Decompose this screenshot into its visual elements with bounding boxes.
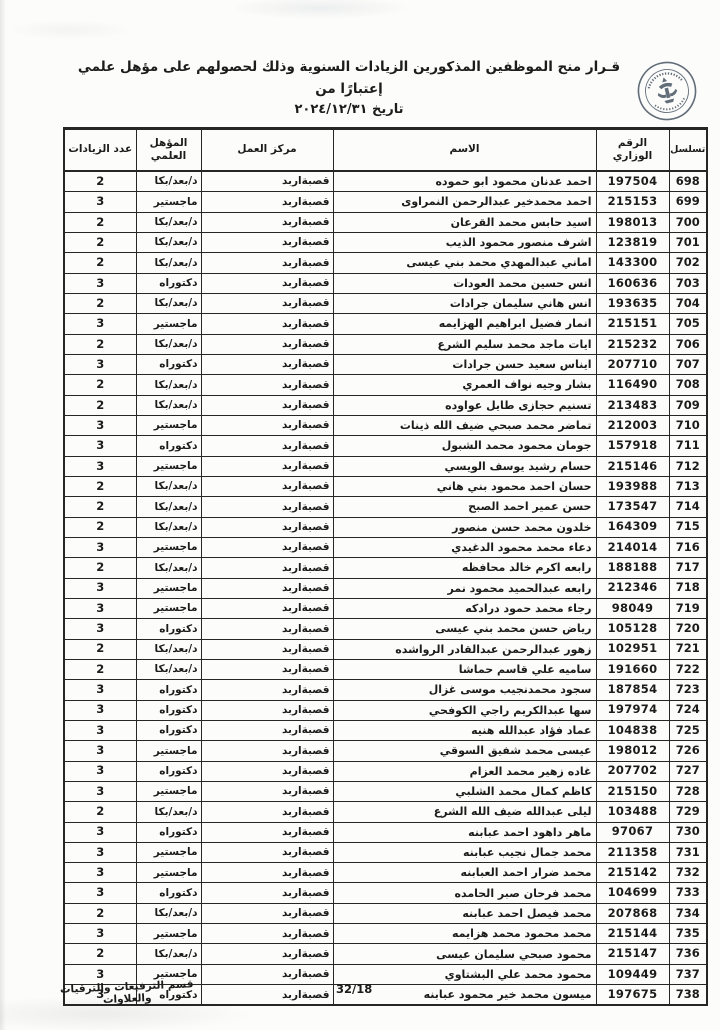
col-header-increase-count: عدد الزيادات: [64, 129, 136, 172]
ministry-number-cell: 215144: [596, 924, 669, 944]
work-center-cell: قصبةاربد: [201, 822, 333, 842]
qualification-cell: دكتوراه: [136, 700, 201, 720]
serial-cell: 717: [669, 558, 707, 578]
work-center-cell: قصبةاربد: [201, 314, 333, 334]
serial-cell: 699: [669, 192, 707, 212]
serial-cell: 706: [669, 334, 707, 354]
increase-count-cell: 2: [64, 558, 136, 578]
ministry-number-cell: 97067: [596, 822, 669, 842]
increase-count-cell: 3: [64, 741, 136, 761]
ministry-number-cell: 187854: [596, 680, 669, 700]
increase-count-cell: 3: [64, 680, 136, 700]
qualification-cell: ماجستير: [136, 842, 201, 862]
work-center-cell: قصبةاربد: [201, 253, 333, 273]
increase-count-cell: 3: [64, 619, 136, 639]
name-cell: انس هاني سليمان جرادات: [333, 293, 596, 313]
table-row: 704193635انس هاني سليمان جراداتقصبةاربدد…: [64, 293, 707, 313]
name-cell: ماهر داهود احمد عبابنه: [333, 822, 596, 842]
serial-cell: 701: [669, 232, 707, 252]
increase-count-cell: 3: [64, 924, 136, 944]
serial-cell: 714: [669, 497, 707, 517]
serial-cell: 731: [669, 842, 707, 862]
work-center-cell: قصبةاربد: [201, 842, 333, 862]
name-cell: عيسى محمد شفيق السوقي: [333, 741, 596, 761]
name-cell: رابعه اكرم خالد محافظه: [333, 558, 596, 578]
increase-count-cell: 3: [64, 456, 136, 476]
serial-cell: 708: [669, 375, 707, 395]
increase-count-cell: 3: [64, 273, 136, 293]
name-cell: حسان احمد محمود بني هاني: [333, 476, 596, 496]
ministry-number-cell: 215147: [596, 944, 669, 964]
serial-cell: 730: [669, 822, 707, 842]
col-header-serial: تسلسل: [669, 129, 707, 172]
name-cell: احمد عدنان محمود ابو حموده: [333, 171, 596, 192]
table-row: 699215153احمد محمدخير عبدالرحمن النمراوى…: [64, 192, 707, 212]
table-row: 703160636انس حسين محمد العوداتقصبةاربددك…: [64, 273, 707, 293]
table-row: 700198013اسيد حابس محمد القرعانقصبةاربدد…: [64, 212, 707, 232]
table-row: 725104838عماد فؤاد عبدالله هنيهقصبةاربدد…: [64, 720, 707, 740]
ministry-number-cell: 103488: [596, 802, 669, 822]
serial-cell: 728: [669, 781, 707, 801]
ministry-number-cell: 191660: [596, 659, 669, 679]
qualification-cell: دكتوراه: [136, 354, 201, 374]
increase-count-cell: 2: [64, 517, 136, 537]
serial-cell: 713: [669, 476, 707, 496]
qualification-cell: د/بعد/بكا: [136, 334, 201, 354]
table-row: 726198012عيسى محمد شفيق السوقيقصبةاربدما…: [64, 741, 707, 761]
work-center-cell: قصبةاربد: [201, 171, 333, 192]
table-row: 71998049رجاء محمد حمود درادكهقصبةاربدماج…: [64, 598, 707, 618]
table-row: 732215142محمد ضرار احمد العبابنهقصبةاربد…: [64, 863, 707, 883]
name-cell: احمد محمدخير عبدالرحمن النمراوى: [333, 192, 596, 212]
serial-cell: 733: [669, 883, 707, 903]
ministry-number-cell: 164309: [596, 517, 669, 537]
name-cell: بشار وجيه نواف العمري: [333, 375, 596, 395]
ministry-number-cell: 197504: [596, 171, 669, 192]
qualification-cell: دكتوراه: [136, 883, 201, 903]
serial-cell: 700: [669, 212, 707, 232]
increase-count-cell: 2: [64, 232, 136, 252]
increase-count-cell: 2: [64, 639, 136, 659]
qualification-cell: د/بعد/بكا: [136, 212, 201, 232]
table-row: 711157918جومان محمود محمد الشبولقصبةاربد…: [64, 436, 707, 456]
qualification-cell: ماجستير: [136, 781, 201, 801]
increase-count-cell: 3: [64, 354, 136, 374]
ministry-number-cell: 193635: [596, 293, 669, 313]
ministry-number-cell: 105128: [596, 619, 669, 639]
work-center-cell: قصبةاربد: [201, 924, 333, 944]
employees-table-container: تسلسل الرقم الوزاري الاسم مركز العمل الم…: [63, 127, 708, 1006]
qualification-cell: ماجستير: [136, 578, 201, 598]
col-header-name: الاسم: [333, 129, 596, 172]
table-row: 708116490بشار وجيه نواف العمريقصبةاربدد/…: [64, 375, 707, 395]
qualification-cell: ماجستير: [136, 863, 201, 883]
decision-title-line1: قـرار منح الموظفين المذكورين الزيادات ال…: [66, 57, 632, 100]
ministry-number-cell: 214014: [596, 537, 669, 557]
work-center-cell: قصبةاربد: [201, 883, 333, 903]
table-row: 724197974سها عبدالكريم راجي الكوفحيقصبةا…: [64, 700, 707, 720]
name-cell: سجود محمدنجيب موسى غزال: [333, 680, 596, 700]
qualification-cell: د/بعد/بكا: [136, 517, 201, 537]
qualification-cell: د/بعد/بكا: [136, 802, 201, 822]
qualification-cell: د/بعد/بكا: [136, 476, 201, 496]
name-cell: اماني عبدالمهدي محمد بني عيسى: [333, 253, 596, 273]
increase-count-cell: 3: [64, 761, 136, 781]
work-center-cell: قصبةاربد: [201, 964, 333, 984]
table-row: 709213483تسنيم حجازى طايل عواودهقصبةاربد…: [64, 395, 707, 415]
table-row: 706215232ايات ماجد محمد سليم الشرعقصبةار…: [64, 334, 707, 354]
increase-count-cell: 3: [64, 598, 136, 618]
increase-count-cell: 2: [64, 659, 136, 679]
name-cell: رابعه عبدالحميد محمود نمر: [333, 578, 596, 598]
table-row: 731211358محمد جمال نجيب عبابنهقصبةاربدما…: [64, 842, 707, 862]
work-center-cell: قصبةاربد: [201, 415, 333, 435]
serial-cell: 726: [669, 741, 707, 761]
name-cell: زهور عبدالرحمن عبدالقادر الرواشده: [333, 639, 596, 659]
table-row: 735215144محمد محمود محمد هزايمهقصبةاربدم…: [64, 924, 707, 944]
work-center-cell: قصبةاربد: [201, 598, 333, 618]
increase-count-cell: 3: [64, 192, 136, 212]
ministry-number-cell: 211358: [596, 842, 669, 862]
name-cell: انس حسين محمد العودات: [333, 273, 596, 293]
work-center-cell: قصبةاربد: [201, 700, 333, 720]
ministry-number-cell: 109449: [596, 964, 669, 984]
qualification-cell: دكتوراه: [136, 619, 201, 639]
increase-count-cell: 3: [64, 822, 136, 842]
increase-count-cell: 2: [64, 476, 136, 496]
serial-cell: 718: [669, 578, 707, 598]
ministry-number-cell: 215142: [596, 863, 669, 883]
ministry-number-cell: 215151: [596, 314, 669, 334]
work-center-cell: قصبةاربد: [201, 944, 333, 964]
increase-count-cell: 3: [64, 781, 136, 801]
qualification-cell: ماجستير: [136, 314, 201, 334]
qualification-cell: ماجستير: [136, 415, 201, 435]
qualification-cell: د/بعد/بكا: [136, 497, 201, 517]
ministry-number-cell: 198012: [596, 741, 669, 761]
serial-cell: 705: [669, 314, 707, 334]
ministry-number-cell: 193988: [596, 476, 669, 496]
ministry-number-cell: 207702: [596, 761, 669, 781]
page-number: 32/18: [336, 982, 372, 996]
increase-count-cell: 2: [64, 212, 136, 232]
serial-cell: 704: [669, 293, 707, 313]
increase-count-cell: 3: [64, 537, 136, 557]
serial-cell: 709: [669, 395, 707, 415]
qualification-cell: د/بعد/بكا: [136, 293, 201, 313]
increase-count-cell: 3: [64, 863, 136, 883]
serial-cell: 720: [669, 619, 707, 639]
increase-count-cell: 2: [64, 944, 136, 964]
work-center-cell: قصبةاربد: [201, 781, 333, 801]
ministry-number-cell: 197974: [596, 700, 669, 720]
serial-cell: 735: [669, 924, 707, 944]
work-center-cell: قصبةاربد: [201, 985, 333, 1006]
work-center-cell: قصبةاربد: [201, 192, 333, 212]
work-center-cell: قصبةاربد: [201, 680, 333, 700]
table-row: 722191660ساميه علي قاسم حماشاقصبةاربدد/ب…: [64, 659, 707, 679]
work-center-cell: قصبةاربد: [201, 375, 333, 395]
serial-cell: 703: [669, 273, 707, 293]
qualification-cell: د/بعد/بكا: [136, 232, 201, 252]
table-row: 721102951زهور عبدالرحمن عبدالقادر الرواش…: [64, 639, 707, 659]
work-center-cell: قصبةاربد: [201, 761, 333, 781]
qualification-cell: ماجستير: [136, 598, 201, 618]
qualification-cell: دكتوراه: [136, 822, 201, 842]
name-cell: محمد محمود محمد هزايمه: [333, 924, 596, 944]
work-center-cell: قصبةاربد: [201, 578, 333, 598]
increase-count-cell: 3: [64, 720, 136, 740]
work-center-cell: قصبةاربد: [201, 436, 333, 456]
work-center-cell: قصبةاربد: [201, 354, 333, 374]
ministry-number-cell: 123819: [596, 232, 669, 252]
serial-cell: 727: [669, 761, 707, 781]
qualification-cell: د/بعد/بكا: [136, 171, 201, 192]
name-cell: غاده زهير محمد العزام: [333, 761, 596, 781]
serial-cell: 712: [669, 456, 707, 476]
serial-cell: 721: [669, 639, 707, 659]
name-cell: جومان محمود محمد الشبول: [333, 436, 596, 456]
name-cell: ميسون محمد خير محمود عبابنه: [333, 985, 596, 1006]
name-cell: ايات ماجد محمد سليم الشرع: [333, 334, 596, 354]
work-center-cell: قصبةاربد: [201, 232, 333, 252]
qualification-cell: د/بعد/بكا: [136, 253, 201, 273]
work-center-cell: قصبةاربد: [201, 497, 333, 517]
ministry-number-cell: 102951: [596, 639, 669, 659]
work-center-cell: قصبةاربد: [201, 537, 333, 557]
serial-cell: 736: [669, 944, 707, 964]
serial-cell: 716: [669, 537, 707, 557]
increase-count-cell: 3: [64, 436, 136, 456]
name-cell: اشرف منصور محمود الذيب: [333, 232, 596, 252]
name-cell: محمد ضرار احمد العبابنه: [333, 863, 596, 883]
increase-count-cell: 2: [64, 253, 136, 273]
table-row: 717188188رابعه اكرم خالد محافظهقصبةاربدد…: [64, 558, 707, 578]
work-center-cell: قصبةاربد: [201, 659, 333, 679]
employees-table: تسلسل الرقم الوزاري الاسم مركز العمل الم…: [63, 127, 708, 1006]
name-cell: حسام رشيد يوسف الويسي: [333, 456, 596, 476]
name-cell: تماضر محمد صبحي ضيف الله ذينات: [333, 415, 596, 435]
table-row: 712215146حسام رشيد يوسف الويسيقصبةاربدما…: [64, 456, 707, 476]
table-row: 73097067ماهر داهود احمد عبابنهقصبةاربددك…: [64, 822, 707, 842]
work-center-cell: قصبةاربد: [201, 334, 333, 354]
ministry-seal-icon: [629, 53, 704, 128]
qualification-cell: د/بعد/بكا: [136, 558, 201, 578]
table-row: 715164309خلدون محمد حسن منصورقصبةاربدد/ب…: [64, 517, 707, 537]
serial-cell: 738: [669, 985, 707, 1006]
serial-cell: 724: [669, 700, 707, 720]
qualification-cell: د/بعد/بكا: [136, 639, 201, 659]
ministry-number-cell: 215146: [596, 456, 669, 476]
col-header-work-center: مركز العمل: [201, 129, 333, 172]
serial-cell: 715: [669, 517, 707, 537]
name-cell: محمد فيصل احمد عبابنه: [333, 903, 596, 923]
table-row: 705215151انمار فضيل ابراهيم الهزايمهقصبة…: [64, 314, 707, 334]
serial-cell: 707: [669, 354, 707, 374]
name-cell: ساميه علي قاسم حماشا: [333, 659, 596, 679]
increase-count-cell: 2: [64, 497, 136, 517]
qualification-cell: ماجستير: [136, 192, 201, 212]
qualification-cell: د/بعد/بكا: [136, 375, 201, 395]
qualification-cell: ماجستير: [136, 537, 201, 557]
work-center-cell: قصبةاربد: [201, 517, 333, 537]
decision-title-date: تاريخ ٢٠٢٤/١٢/٣١: [66, 100, 632, 121]
increase-count-cell: 2: [64, 375, 136, 395]
table-row: 728215150كاظم كمال محمد الشلبيقصبةاربدما…: [64, 781, 707, 801]
ministry-number-cell: 215150: [596, 781, 669, 801]
work-center-cell: قصبةاربد: [201, 476, 333, 496]
increase-count-cell: 2: [64, 802, 136, 822]
work-center-cell: قصبةاربد: [201, 903, 333, 923]
increase-count-cell: 3: [64, 415, 136, 435]
name-cell: خلدون محمد حسن منصور: [333, 517, 596, 537]
ministry-number-cell: 215232: [596, 334, 669, 354]
ministry-number-cell: 212346: [596, 578, 669, 598]
serial-cell: 702: [669, 253, 707, 273]
work-center-cell: قصبةاربد: [201, 741, 333, 761]
ministry-number-cell: 104699: [596, 883, 669, 903]
name-cell: كاظم كمال محمد الشلبي: [333, 781, 596, 801]
decision-title: قـرار منح الموظفين المذكورين الزيادات ال…: [66, 57, 632, 121]
ministry-number-cell: 157918: [596, 436, 669, 456]
qualification-cell: دكتوراه: [136, 680, 201, 700]
table-header-row: تسلسل الرقم الوزاري الاسم مركز العمل الم…: [64, 129, 707, 172]
col-header-qualification: المؤهل العلمي: [136, 129, 201, 172]
ministry-number-cell: 207868: [596, 903, 669, 923]
increase-count-cell: 2: [64, 334, 136, 354]
qualification-cell: دكتوراه: [136, 761, 201, 781]
qualification-cell: دكتوراه: [136, 720, 201, 740]
ministry-number-cell: 207710: [596, 354, 669, 374]
table-row: 723187854سجود محمدنجيب موسى غزالقصبةاربد…: [64, 680, 707, 700]
name-cell: سها عبدالكريم راجي الكوفحي: [333, 700, 596, 720]
table-row: 727207702غاده زهير محمد العزامقصبةاربددك…: [64, 761, 707, 781]
ministry-number-cell: 104838: [596, 720, 669, 740]
increase-count-cell: 3: [64, 842, 136, 862]
name-cell: عماد فؤاد عبدالله هنيه: [333, 720, 596, 740]
serial-cell: 719: [669, 598, 707, 618]
serial-cell: 729: [669, 802, 707, 822]
qualification-cell: ماجستير: [136, 456, 201, 476]
ministry-number-cell: 197675: [596, 985, 669, 1006]
table-body: 698197504احمد عدنان محمود ابو حمودهقصبةا…: [64, 171, 707, 1005]
work-center-cell: قصبةاربد: [201, 619, 333, 639]
table-row: 714173547حسن عمير احمد الصبحقصبةاربدد/بع…: [64, 497, 707, 517]
table-row: 733104699محمد فرحان صبر الحامدهقصبةاربدد…: [64, 883, 707, 903]
ministry-number-cell: 116490: [596, 375, 669, 395]
table-row: 707207710ايناس سعيد حسن جراداتقصبةاربددك…: [64, 354, 707, 374]
work-center-cell: قصبةاربد: [201, 212, 333, 232]
table-row: 718212346رابعه عبدالحميد محمود نمرقصبةار…: [64, 578, 707, 598]
serial-cell: 737: [669, 964, 707, 984]
ministry-number-cell: 188188: [596, 558, 669, 578]
name-cell: محمود محمد علي البشتاوي: [333, 964, 596, 984]
work-center-cell: قصبةاربد: [201, 863, 333, 883]
ministry-number-cell: 98049: [596, 598, 669, 618]
increase-count-cell: 3: [64, 578, 136, 598]
name-cell: رياض حسن محمد بني عيسى: [333, 619, 596, 639]
serial-cell: 710: [669, 415, 707, 435]
qualification-cell: دكتوراه: [136, 273, 201, 293]
qualification-cell: د/بعد/بكا: [136, 903, 201, 923]
name-cell: دعاء محمد محمود الدغيدي: [333, 537, 596, 557]
name-cell: تسنيم حجازى طايل عواوده: [333, 395, 596, 415]
table-row: 729103488ليلى عبدالله ضيف الله الشرعقصبة…: [64, 802, 707, 822]
serial-cell: 734: [669, 903, 707, 923]
increase-count-cell: 3: [64, 314, 136, 334]
table-row: 702143300اماني عبدالمهدي محمد بني عيسىقص…: [64, 253, 707, 273]
name-cell: محمد جمال نجيب عبابنه: [333, 842, 596, 862]
work-center-cell: قصبةاربد: [201, 456, 333, 476]
table-row: 698197504احمد عدنان محمود ابو حمودهقصبةا…: [64, 171, 707, 192]
serial-cell: 725: [669, 720, 707, 740]
name-cell: محمود صبحي سليمان عيسى: [333, 944, 596, 964]
work-center-cell: قصبةاربد: [201, 273, 333, 293]
table-row: 710212003تماضر محمد صبحي ضيف الله ذيناتق…: [64, 415, 707, 435]
ministry-number-cell: 143300: [596, 253, 669, 273]
table-row: 716214014دعاء محمد محمود الدغيديقصبةاربد…: [64, 537, 707, 557]
ministry-number-cell: 213483: [596, 395, 669, 415]
scanned-document-page: قـرار منح الموظفين المذكورين الزيادات ال…: [0, 0, 720, 1030]
ministry-number-cell: 173547: [596, 497, 669, 517]
name-cell: اسيد حابس محمد القرعان: [333, 212, 596, 232]
name-cell: حسن عمير احمد الصبح: [333, 497, 596, 517]
serial-cell: 711: [669, 436, 707, 456]
ministry-number-cell: 198013: [596, 212, 669, 232]
increase-count-cell: 3: [64, 700, 136, 720]
increase-count-cell: 2: [64, 903, 136, 923]
table-row: 734207868محمد فيصل احمد عبابنهقصبةاربدد/…: [64, 903, 707, 923]
increase-count-cell: 3: [64, 883, 136, 903]
serial-cell: 722: [669, 659, 707, 679]
increase-count-cell: 2: [64, 395, 136, 415]
ministry-number-cell: 212003: [596, 415, 669, 435]
work-center-cell: قصبةاربد: [201, 395, 333, 415]
ministry-number-cell: 215153: [596, 192, 669, 212]
name-cell: انمار فضيل ابراهيم الهزايمه: [333, 314, 596, 334]
table-row: 736215147محمود صبحي سليمان عيسىقصبةاربدد…: [64, 944, 707, 964]
name-cell: محمد فرحان صبر الحامده: [333, 883, 596, 903]
work-center-cell: قصبةاربد: [201, 802, 333, 822]
serial-cell: 698: [669, 171, 707, 192]
work-center-cell: قصبةاربد: [201, 293, 333, 313]
name-cell: رجاء محمد حمود درادكه: [333, 598, 596, 618]
table-row: 701123819اشرف منصور محمود الذيبقصبةاربدد…: [64, 232, 707, 252]
table-header: تسلسل الرقم الوزاري الاسم مركز العمل الم…: [64, 129, 707, 172]
qualification-cell: د/بعد/بكا: [136, 944, 201, 964]
work-center-cell: قصبةاربد: [201, 720, 333, 740]
name-cell: ايناس سعيد حسن جرادات: [333, 354, 596, 374]
col-header-ministry-number: الرقم الوزاري: [596, 129, 669, 172]
increase-count-cell: 2: [64, 293, 136, 313]
increase-count-cell: 2: [64, 171, 136, 192]
qualification-cell: ماجستير: [136, 741, 201, 761]
table-row: 720105128رياض حسن محمد بني عيسىقصبةاربدد…: [64, 619, 707, 639]
work-center-cell: قصبةاربد: [201, 558, 333, 578]
qualification-cell: د/بعد/بكا: [136, 395, 201, 415]
qualification-cell: ماجستير: [136, 924, 201, 944]
qualification-cell: دكتوراه: [136, 436, 201, 456]
serial-cell: 723: [669, 680, 707, 700]
qualification-cell: د/بعد/بكا: [136, 659, 201, 679]
ministry-number-cell: 160636: [596, 273, 669, 293]
name-cell: ليلى عبدالله ضيف الله الشرع: [333, 802, 596, 822]
table-row: 713193988حسان احمد محمود بني هانيقصبةارب…: [64, 476, 707, 496]
work-center-cell: قصبةاربد: [201, 639, 333, 659]
serial-cell: 732: [669, 863, 707, 883]
